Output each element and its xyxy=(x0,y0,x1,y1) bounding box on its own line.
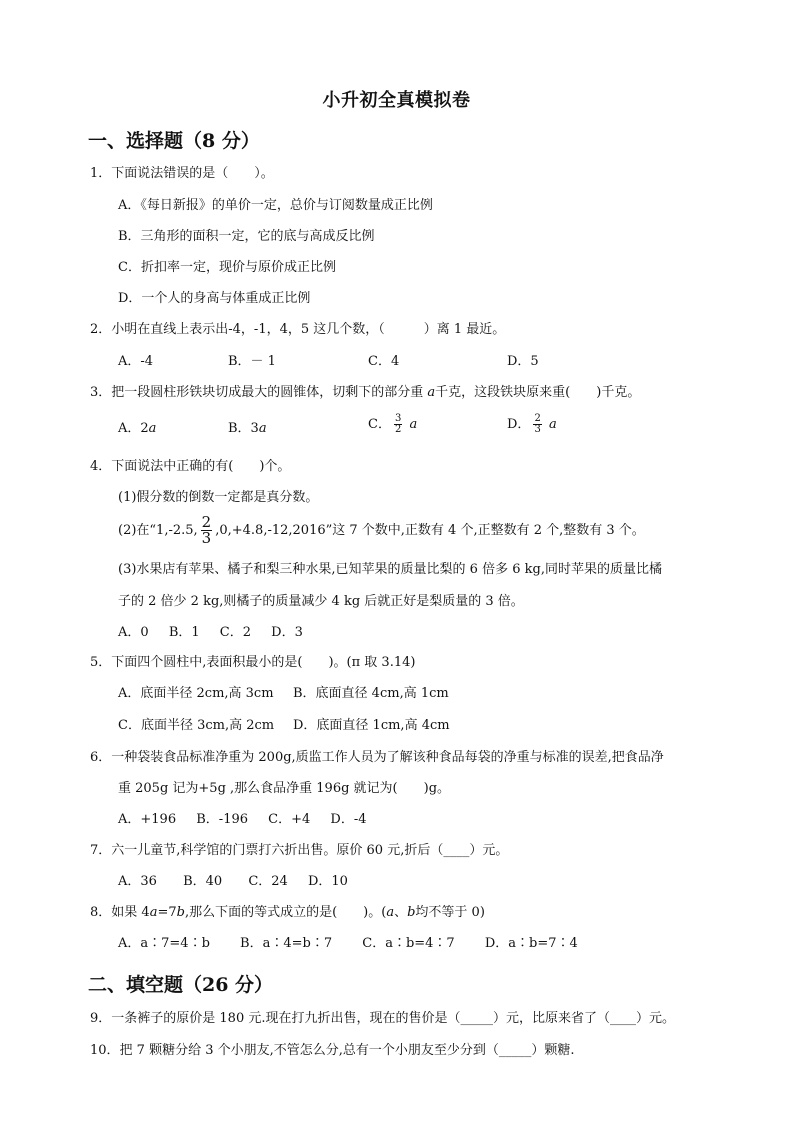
section-heading-choice: 一、选择题（8 分） xyxy=(88,126,260,153)
option-d: D．3 xyxy=(271,625,303,640)
option-b: B．40 xyxy=(183,874,222,889)
stem-text: ,那么下面的等式成立的是( )。( xyxy=(185,905,386,920)
fraction: 23 xyxy=(201,515,213,546)
option-b: B．-196 xyxy=(196,812,248,827)
stem-text: 均不等于 0) xyxy=(415,905,484,920)
stem-text: 8．如果 4 xyxy=(90,905,150,920)
question-6-stem-line-2: 重 205g 记为+5g ,那么食品净重 196g 就记为( )g。 xyxy=(118,781,450,797)
question-4-statement-2: (2)在“1,-2.5,23,0,+4.8,-12,2016”这 7 个数中,正… xyxy=(118,515,645,546)
question-4-statement-3-line-2: 子的 2 倍少 2 kg,则橘子的质量减少 4 kg 后就正好是梨质量的 3 倍… xyxy=(118,594,524,610)
question-2-option-b: B．－ 1 xyxy=(228,354,276,370)
question-3-stem-text: 3．把一段圆柱形铁块切成最大的圆锥体，切剩下的部分重 xyxy=(90,385,427,400)
question-6-options: A．+196 B．-196 C．+4 D．-4 xyxy=(118,812,367,828)
question-3-option-a: A．2a xyxy=(118,421,156,437)
variable-a: a xyxy=(149,421,157,436)
question-7-stem: 7．六一儿童节,科学馆的门票打六折出售。原价 60 元,折后（____）元。 xyxy=(90,843,508,859)
question-1-option-d: D．一个人的身高与体重成正比例 xyxy=(118,291,310,307)
variable-a: a xyxy=(549,417,557,432)
question-2-option-a: A．-4 xyxy=(118,354,153,370)
question-7-options: A．36 B．40 C．24 D．10 xyxy=(118,874,348,890)
option-b: B．1 xyxy=(169,625,200,640)
question-3-stem: 3．把一段圆柱形铁块切成最大的圆锥体，切剩下的部分重 a千克，这段铁块原来重( … xyxy=(90,385,640,401)
question-8-stem: 8．如果 4a=7b,那么下面的等式成立的是( )。(a、b均不等于 0) xyxy=(90,905,485,921)
question-1-stem: 1．下面说法错误的是（ ）。 xyxy=(90,166,274,182)
question-6-stem-line-1: 6．一种袋装食品标准净重为 200g,质监工作人员为了解该种食品每袋的净重与标准… xyxy=(90,750,664,766)
question-4-statement-1: (1)假分数的倒数一定都是真分数。 xyxy=(118,490,318,506)
question-5-option-a: A．底面半径 2cm,高 3cm xyxy=(118,686,274,702)
question-9-stem: 9．一条裤子的原价是 180 元.现在打九折出售，现在的售价是（_____）元，… xyxy=(90,1011,675,1027)
question-10-stem: 10．把 7 颗糖分给 3 个小朋友,不管怎么分,总有一个小朋友至少分到（___… xyxy=(90,1043,575,1059)
denominator: 2 xyxy=(394,425,402,435)
question-5-option-d: D．底面直径 1cm,高 4cm xyxy=(293,718,450,734)
question-3-stem-text-end: 千克，这段铁块原来重( )千克。 xyxy=(435,385,640,400)
option-label: C． xyxy=(368,417,391,432)
question-4-stem: 4．下面说法中正确的有( )个。 xyxy=(90,459,290,475)
option-b: B．a∶4=b∶7 xyxy=(240,936,332,951)
option-d: D．-4 xyxy=(330,812,366,827)
fraction: 32 xyxy=(394,414,402,435)
fraction: 23 xyxy=(533,414,541,435)
question-3-option-b: B．3a xyxy=(228,421,267,437)
variable-a: a xyxy=(427,385,435,400)
question-5-stem: 5．下面四个圆柱中,表面积最小的是( )。(π 取 3.14) xyxy=(90,655,415,671)
page-title: 小升初全真模拟卷 xyxy=(0,86,793,112)
question-1-option-a: A．《每日新报》的单价一定，总价与订阅数量成正比例 xyxy=(118,198,433,214)
question-3-option-c: C．32 a xyxy=(368,414,417,435)
question-5-option-b: B．底面直径 4cm,高 1cm xyxy=(293,686,449,702)
option-a: A．0 xyxy=(118,625,149,640)
option-d: D．10 xyxy=(308,874,348,889)
option-c: C．a∶b=4∶7 xyxy=(362,936,454,951)
question-4-statement-3-line-1: (3)水果店有苹果、橘子和梨三种水果,已知苹果的质量比梨的 6 倍多 6 kg,… xyxy=(118,562,662,578)
question-4-options: A．0 B．1 C．2 D．3 xyxy=(118,625,303,641)
option-a: A．+196 xyxy=(118,812,176,827)
variable-b: b xyxy=(177,905,185,920)
question-2-stem: 2．小明在直线上表示出-4，-1，4，5 这几个数，（ ）离 1 最近。 xyxy=(90,322,505,338)
option-c: C．24 xyxy=(248,874,288,889)
statement-text-end: ,0,+4.8,-12,2016”这 7 个数中,正数有 4 个,正整数有 2 … xyxy=(215,523,645,538)
question-1-option-b: B．三角形的面积一定，它的底与高成反比例 xyxy=(118,229,375,245)
option-c: C．+4 xyxy=(268,812,310,827)
option-a: A．a∶7=4∶b xyxy=(118,936,210,951)
question-2-option-c: C．4 xyxy=(368,354,399,370)
denominator: 3 xyxy=(201,531,213,546)
question-8-options: A．a∶7=4∶b B．a∶4=b∶7 C．a∶b=4∶7 D．a∶b=7∶4 xyxy=(118,936,578,952)
variable-a: a xyxy=(259,421,267,436)
question-1-option-c: C．折扣率一定，现价与原价成正比例 xyxy=(118,260,336,276)
option-label: D． xyxy=(507,417,530,432)
stem-text: 、 xyxy=(394,905,407,920)
question-3-option-d: D．23 a xyxy=(507,414,557,435)
variable-a: a xyxy=(386,905,394,920)
option-d: D．a∶b=7∶4 xyxy=(485,936,578,951)
option-c: C．2 xyxy=(220,625,251,640)
question-2-option-d: D．5 xyxy=(507,354,539,370)
stem-text: =7 xyxy=(157,905,176,920)
variable-a: a xyxy=(409,417,417,432)
option-a: A．36 xyxy=(118,874,157,889)
denominator: 3 xyxy=(533,425,541,435)
question-5-option-c: C．底面半径 3cm,高 2cm xyxy=(118,718,274,734)
option-label: B．3 xyxy=(228,421,259,436)
option-label: A．2 xyxy=(118,421,149,436)
section-heading-fill-blank: 二、填空题（26 分） xyxy=(88,970,273,997)
statement-text: (2)在“1,-2.5, xyxy=(118,523,198,538)
